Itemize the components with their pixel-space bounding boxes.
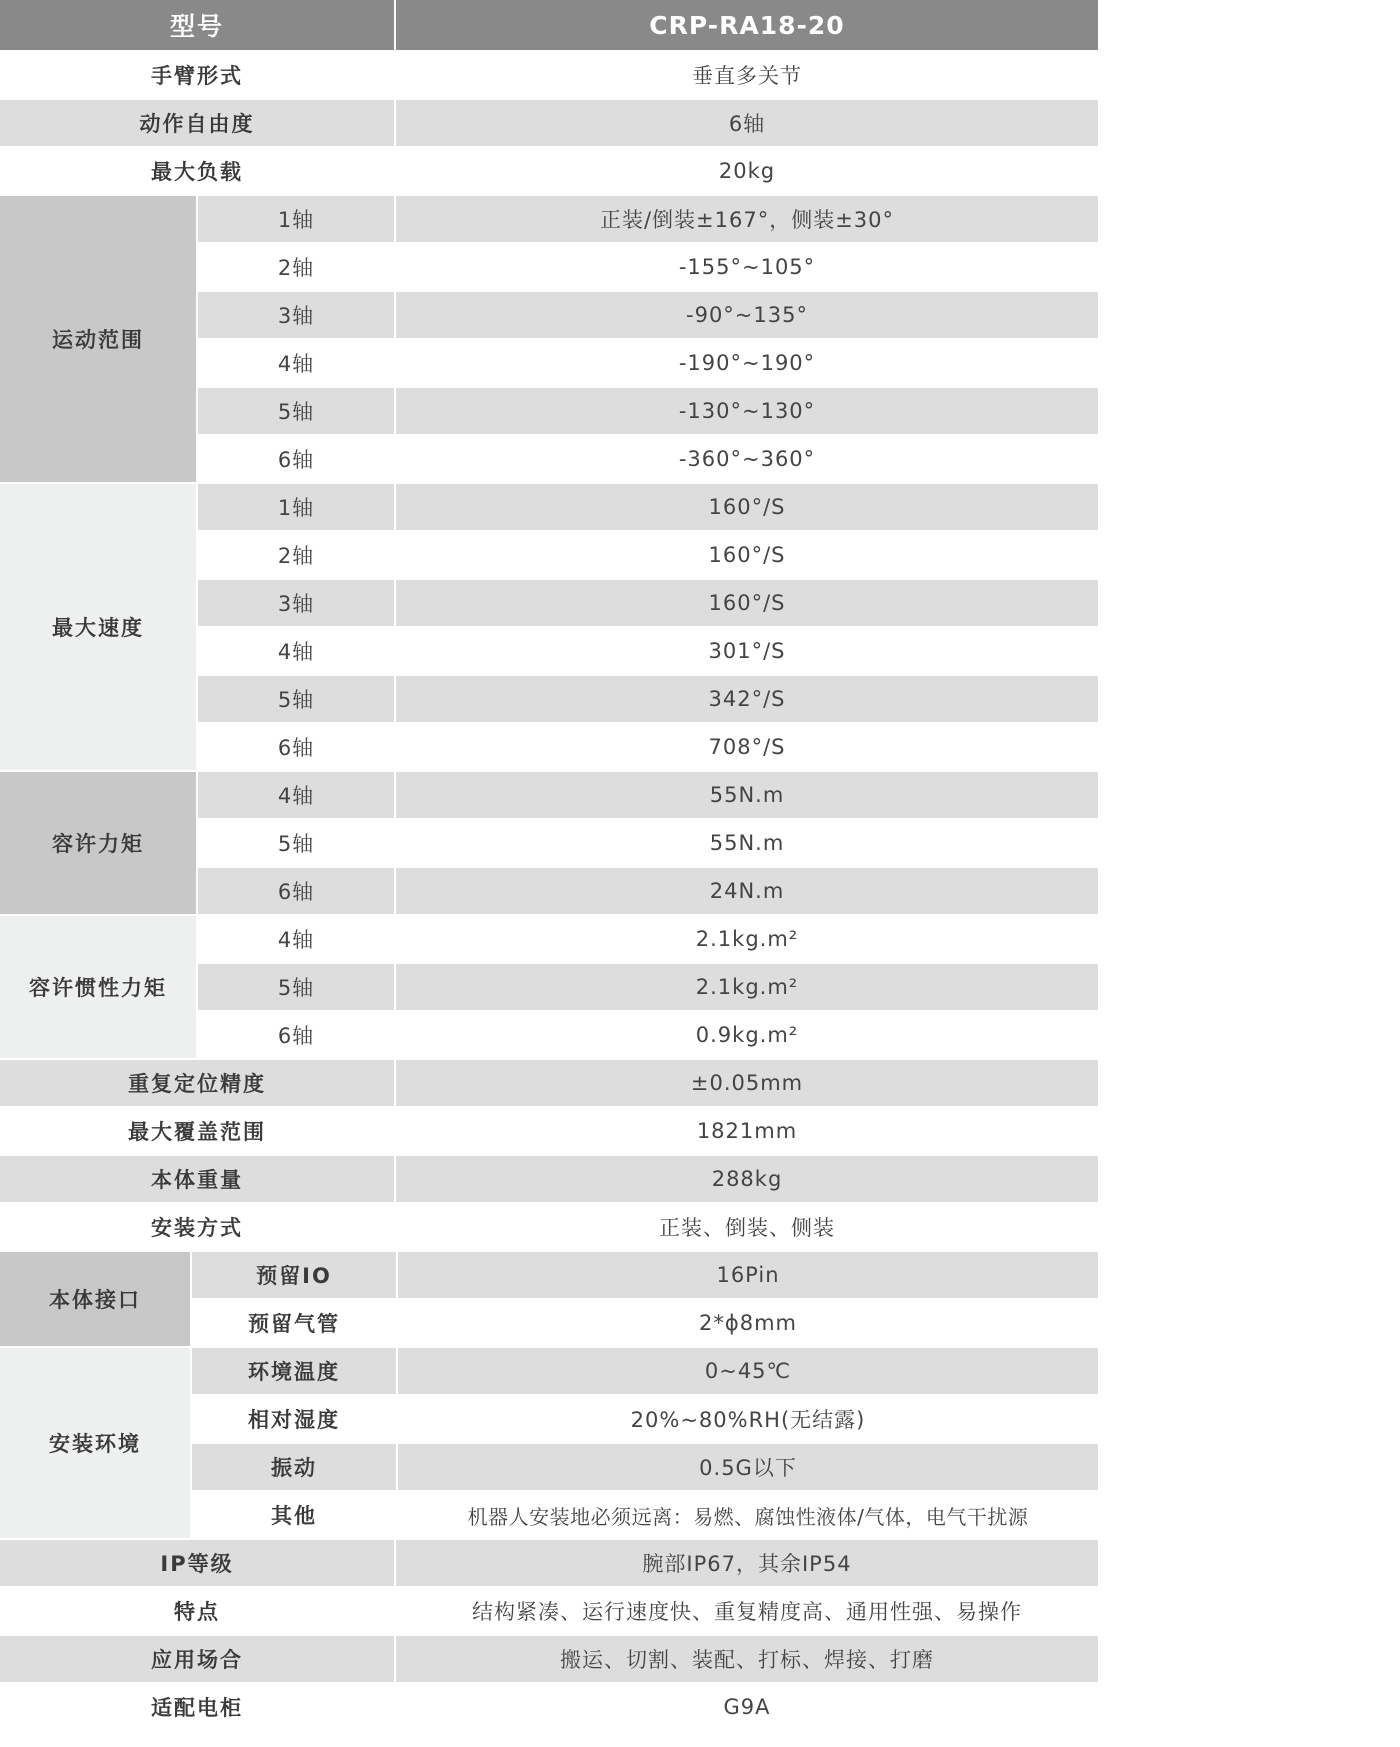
row-label: 特点 xyxy=(0,1588,396,1636)
item-label: 相对湿度 xyxy=(192,1396,398,1444)
group-allowable-inertia: 容许惯性力矩 4轴 2.1kg.m² 5轴 2.1kg.m² 6轴 0.9kg.… xyxy=(0,916,1098,1060)
item-label: 振动 xyxy=(192,1444,398,1492)
spec-table: 型号 CRP-RA18-20 手臂形式 垂直多关节 动作自由度 6轴 最大负载 … xyxy=(0,0,1098,1732)
table-row: 其他 机器人安装地必须远离：易燃、腐蚀性液体/气体，电气干扰源 xyxy=(192,1492,1098,1540)
row-value: 0.5G以下 xyxy=(398,1444,1098,1492)
group-label: 容许惯性力矩 xyxy=(0,916,198,1060)
table-row: 应用场合 搬运、切割、装配、打标、焊接、打磨 xyxy=(0,1636,1098,1684)
row-value: -90°~135° xyxy=(396,292,1098,340)
model-name: CRP-RA18-20 xyxy=(396,0,1098,52)
row-value: 16Pin xyxy=(398,1252,1098,1300)
group-label: 容许力矩 xyxy=(0,772,198,916)
row-value: 0~45℃ xyxy=(398,1348,1098,1396)
row-value: 55N.m xyxy=(396,772,1098,820)
table-row: 6轴 0.9kg.m² xyxy=(198,1012,1098,1060)
row-value: 2.1kg.m² xyxy=(396,916,1098,964)
group-max-speed: 最大速度 1轴 160°/S 2轴 160°/S 3轴 160°/S 4轴 30… xyxy=(0,484,1098,772)
table-row: 预留气管 2*ϕ8mm xyxy=(192,1300,1098,1348)
row-value: 2*ϕ8mm xyxy=(398,1300,1098,1348)
table-row: 3轴 160°/S xyxy=(198,580,1098,628)
table-row: 5轴 55N.m xyxy=(198,820,1098,868)
table-row: 6轴 708°/S xyxy=(198,724,1098,772)
row-value: 160°/S xyxy=(396,484,1098,532)
table-row: 2轴 160°/S xyxy=(198,532,1098,580)
group-motion-range: 运动范围 1轴 正装/倒装±167°，侧装±30° 2轴 -155°~105° … xyxy=(0,196,1098,484)
row-value: G9A xyxy=(396,1684,1098,1732)
axis-label: 1轴 xyxy=(198,484,396,532)
row-label: 最大覆盖范围 xyxy=(0,1108,396,1156)
row-value: 342°/S xyxy=(396,676,1098,724)
row-value: 1821mm xyxy=(396,1108,1098,1156)
axis-label: 5轴 xyxy=(198,964,396,1012)
table-row: 5轴 -130°~130° xyxy=(198,388,1098,436)
table-row: 特点 结构紧凑、运行速度快、重复精度高、通用性强、易操作 xyxy=(0,1588,1098,1636)
axis-label: 2轴 xyxy=(198,532,396,580)
row-value: -360°~360° xyxy=(396,436,1098,484)
item-label: 预留IO xyxy=(192,1252,398,1300)
row-value: 机器人安装地必须远离：易燃、腐蚀性液体/气体，电气干扰源 xyxy=(398,1492,1098,1540)
table-row: 手臂形式 垂直多关节 xyxy=(0,52,1098,100)
group-allowable-torque: 容许力矩 4轴 55N.m 5轴 55N.m 6轴 24N.m xyxy=(0,772,1098,916)
group-label: 本体接口 xyxy=(0,1252,192,1348)
row-value: 腕部IP67，其余IP54 xyxy=(396,1540,1098,1588)
row-label: 适配电柜 xyxy=(0,1684,396,1732)
row-label: 动作自由度 xyxy=(0,100,396,148)
table-row: 4轴 2.1kg.m² xyxy=(198,916,1098,964)
table-row: 动作自由度 6轴 xyxy=(0,100,1098,148)
table-row: 1轴 160°/S xyxy=(198,484,1098,532)
row-value: 6轴 xyxy=(396,100,1098,148)
table-row: 5轴 2.1kg.m² xyxy=(198,964,1098,1012)
table-row: 相对湿度 20%~80%RH(无结露) xyxy=(192,1396,1098,1444)
row-value: 160°/S xyxy=(396,580,1098,628)
group-label: 最大速度 xyxy=(0,484,198,772)
table-row: IP等级 腕部IP67，其余IP54 xyxy=(0,1540,1098,1588)
row-value: -155°~105° xyxy=(396,244,1098,292)
table-row: 6轴 -360°~360° xyxy=(198,436,1098,484)
table-row: 振动 0.5G以下 xyxy=(192,1444,1098,1492)
row-value: 301°/S xyxy=(396,628,1098,676)
item-label: 环境温度 xyxy=(192,1348,398,1396)
row-value: 288kg xyxy=(396,1156,1098,1204)
item-label: 其他 xyxy=(192,1492,398,1540)
table-header: 型号 CRP-RA18-20 xyxy=(0,0,1098,52)
table-row: 适配电柜 G9A xyxy=(0,1684,1098,1732)
row-value: 160°/S xyxy=(396,532,1098,580)
table-row: 预留IO 16Pin xyxy=(192,1252,1098,1300)
row-value: -190°~190° xyxy=(396,340,1098,388)
axis-label: 6轴 xyxy=(198,868,396,916)
axis-label: 3轴 xyxy=(198,292,396,340)
table-row: 安装方式 正装、倒装、侧装 xyxy=(0,1204,1098,1252)
row-value: 708°/S xyxy=(396,724,1098,772)
table-row: 4轴 55N.m xyxy=(198,772,1098,820)
row-label: 本体重量 xyxy=(0,1156,396,1204)
table-row: 6轴 24N.m xyxy=(198,868,1098,916)
table-row: 4轴 301°/S xyxy=(198,628,1098,676)
axis-label: 4轴 xyxy=(198,628,396,676)
row-label: 重复定位精度 xyxy=(0,1060,396,1108)
row-value: 20kg xyxy=(396,148,1098,196)
axis-label: 2轴 xyxy=(198,244,396,292)
table-row: 1轴 正装/倒装±167°，侧装±30° xyxy=(198,196,1098,244)
axis-label: 4轴 xyxy=(198,916,396,964)
table-row: 5轴 342°/S xyxy=(198,676,1098,724)
group-label: 运动范围 xyxy=(0,196,198,484)
row-value: 20%~80%RH(无结露) xyxy=(398,1396,1098,1444)
axis-label: 5轴 xyxy=(198,676,396,724)
row-value: 垂直多关节 xyxy=(396,52,1098,100)
row-value: 55N.m xyxy=(396,820,1098,868)
row-label: 应用场合 xyxy=(0,1636,396,1684)
row-value: 2.1kg.m² xyxy=(396,964,1098,1012)
group-install-environment: 安装环境 环境温度 0~45℃ 相对湿度 20%~80%RH(无结露) 振动 0… xyxy=(0,1348,1098,1540)
table-row: 环境温度 0~45℃ xyxy=(192,1348,1098,1396)
axis-label: 6轴 xyxy=(198,1012,396,1060)
axis-label: 5轴 xyxy=(198,820,396,868)
header-label: 型号 xyxy=(0,0,396,52)
row-value: -130°~130° xyxy=(396,388,1098,436)
table-row: 本体重量 288kg xyxy=(0,1156,1098,1204)
table-row: 最大覆盖范围 1821mm xyxy=(0,1108,1098,1156)
item-label: 预留气管 xyxy=(192,1300,398,1348)
axis-label: 6轴 xyxy=(198,436,396,484)
axis-label: 1轴 xyxy=(198,196,396,244)
group-label: 安装环境 xyxy=(0,1348,192,1540)
table-row: 2轴 -155°~105° xyxy=(198,244,1098,292)
row-value: 正装、倒装、侧装 xyxy=(396,1204,1098,1252)
table-row: 最大负载 20kg xyxy=(0,148,1098,196)
row-label: IP等级 xyxy=(0,1540,396,1588)
row-label: 安装方式 xyxy=(0,1204,396,1252)
table-row: 3轴 -90°~135° xyxy=(198,292,1098,340)
axis-label: 5轴 xyxy=(198,388,396,436)
row-label: 手臂形式 xyxy=(0,52,396,100)
row-value: 正装/倒装±167°，侧装±30° xyxy=(396,196,1098,244)
group-body-interface: 本体接口 预留IO 16Pin 预留气管 2*ϕ8mm xyxy=(0,1252,1098,1348)
table-row: 4轴 -190°~190° xyxy=(198,340,1098,388)
axis-label: 4轴 xyxy=(198,772,396,820)
axis-label: 4轴 xyxy=(198,340,396,388)
table-row: 重复定位精度 ±0.05mm xyxy=(0,1060,1098,1108)
axis-label: 6轴 xyxy=(198,724,396,772)
row-value: 结构紧凑、运行速度快、重复精度高、通用性强、易操作 xyxy=(396,1588,1098,1636)
row-value: ±0.05mm xyxy=(396,1060,1098,1108)
row-value: 搬运、切割、装配、打标、焊接、打磨 xyxy=(396,1636,1098,1684)
row-value: 0.9kg.m² xyxy=(396,1012,1098,1060)
axis-label: 3轴 xyxy=(198,580,396,628)
row-value: 24N.m xyxy=(396,868,1098,916)
row-label: 最大负载 xyxy=(0,148,396,196)
